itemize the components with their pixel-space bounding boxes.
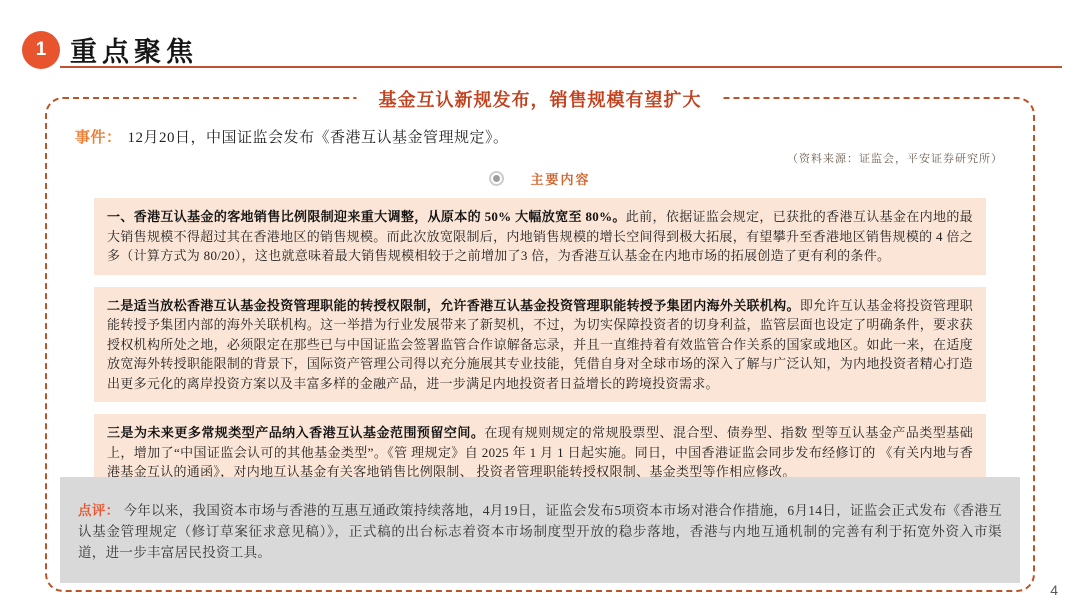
bullet-target-icon (489, 171, 504, 186)
content-panel: 基金互认新规发布，销售规模有望扩大 事件：12月20日，中国证监会发布《香港互认… (45, 97, 1035, 592)
section-number-badge: 1 (22, 31, 60, 69)
source-note: （资料来源：证监会，平安证券研究所） (47, 150, 1003, 166)
comment-text: 今年以来，我国资本市场与香港的互惠互通政策持续落地，4月19日，证监会发布5项资… (78, 503, 1002, 560)
bullet-dot (493, 175, 500, 182)
section-label: 主要内容 (530, 169, 590, 188)
panel-title: 基金互认新规发布，销售规模有望扩大 (357, 86, 724, 112)
content-paragraph-1: 一、香港互认基金的客地销售比例限制迎来重大调整，从原本的 50% 大幅放宽至 8… (94, 198, 986, 275)
page-number: 4 (1050, 582, 1058, 598)
section-heading: 主要内容 (47, 169, 1033, 188)
event-label: 事件： (75, 130, 122, 146)
event-text: 12月20日，中国证监会发布《香港互认基金管理规定》。 (128, 130, 509, 146)
slide-page: 1 重点聚焦 基金互认新规发布，销售规模有望扩大 事件：12月20日，中国证监会… (0, 0, 1080, 608)
event-line: 事件：12月20日，中国证监会发布《香港互认基金管理规定》。 (75, 126, 1003, 147)
content-paragraph-2: 二是适当放松香港互认基金投资管理职能的转授权限制，允许香港互认基金投资管理职能转… (94, 287, 986, 403)
comment-box: 点评：今年以来，我国资本市场与香港的互惠互通政策持续落地，4月19日，证监会发布… (60, 477, 1020, 583)
comment-label: 点评： (78, 503, 119, 518)
paragraph-1-lead: 一、香港互认基金的客地销售比例限制迎来重大调整，从原本的 50% 大幅放宽至 8… (107, 209, 626, 224)
page-title: 重点聚焦 (70, 30, 198, 69)
paragraph-2-lead: 二是适当放松香港互认基金投资管理职能的转授权限制，允许香港互认基金投资管理职能转… (107, 298, 800, 313)
paragraph-3-lead: 三是为未来更多常规类型产品纳入香港互认基金范围预留空间。 (107, 425, 484, 440)
header-underline (60, 66, 1062, 68)
